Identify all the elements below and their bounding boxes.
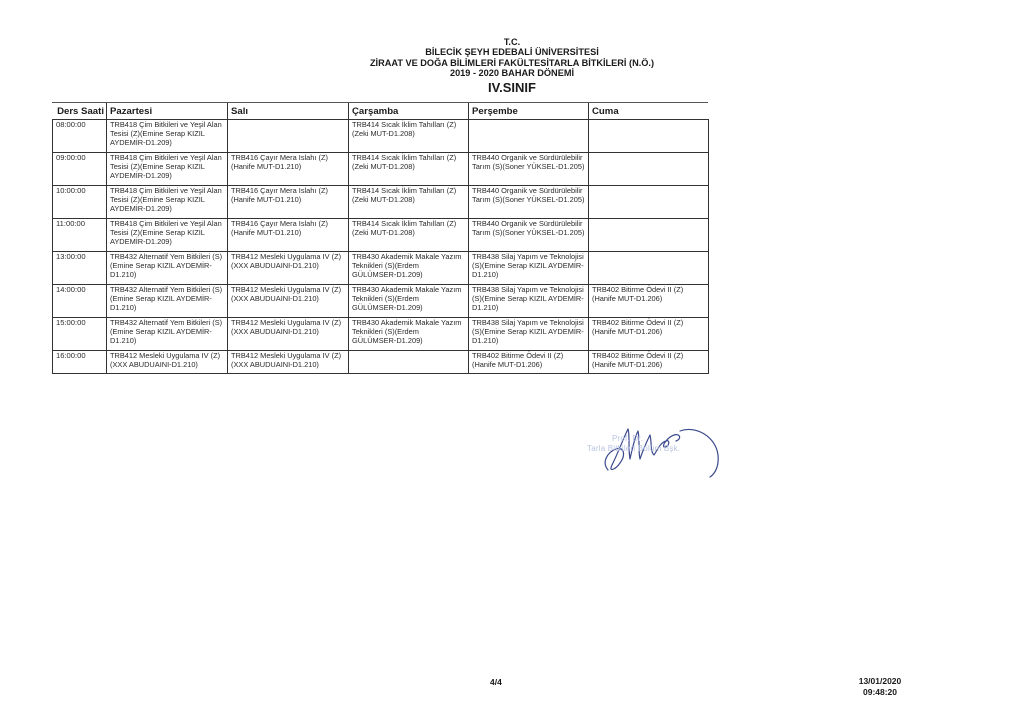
course-cell-monday: TRB418 Çim Bitkileri ve Yeşil Alan Tesis… xyxy=(107,219,228,252)
course-cell-monday: TRB412 Mesleki Uygulama IV (Z)(XXX ABUDU… xyxy=(107,351,228,374)
time-slot-cell: 14:00:00 xyxy=(53,285,107,318)
table-row: 11:00:00TRB418 Çim Bitkileri ve Yeşil Al… xyxy=(53,219,709,252)
course-cell-monday: TRB418 Çim Bitkileri ve Yeşil Alan Tesis… xyxy=(107,153,228,186)
time-slot-cell: 09:00:00 xyxy=(53,153,107,186)
course-cell-thursday: TRB440 Organik ve Sürdürülebilir Tarım (… xyxy=(469,219,589,252)
column-header-tuesday: Salı xyxy=(228,103,349,120)
course-cell-wednesday: TRB414 Sıcak İklim Tahılları (Z) (Zeki M… xyxy=(349,153,469,186)
course-cell-thursday: TRB402 Bitirme Ödevi II (Z) (Hanife MUT-… xyxy=(469,351,589,374)
time-slot-cell: 16:00:00 xyxy=(53,351,107,374)
time-slot-cell: 08:00:00 xyxy=(53,120,107,153)
course-cell-thursday: TRB440 Organik ve Sürdürülebilir Tarım (… xyxy=(469,153,589,186)
column-header-friday: Cuma xyxy=(589,103,709,120)
stamp-line-title: Prof. Dr. xyxy=(612,434,643,443)
schedule-table: Ders Saati Pazartesi Salı Çarşamba Perşe… xyxy=(52,103,709,374)
schedule-body: 08:00:00TRB418 Çim Bitkileri ve Yeşil Al… xyxy=(53,120,709,374)
print-timestamp: 13/01/2020 09:48:20 xyxy=(840,676,920,698)
course-cell-tuesday: TRB412 Mesleki Uygulama IV (Z)(XXX ABUDU… xyxy=(228,318,349,351)
table-row: 16:00:00TRB412 Mesleki Uygulama IV (Z)(X… xyxy=(53,351,709,374)
header-line-state: T.C. xyxy=(0,37,1024,47)
course-cell-wednesday: TRB430 Akademik Makale Yazım Teknikleri … xyxy=(349,252,469,285)
time-slot-cell: 10:00:00 xyxy=(53,186,107,219)
column-header-wednesday: Çarşamba xyxy=(349,103,469,120)
column-header-monday: Pazartesi xyxy=(107,103,228,120)
course-cell-thursday: TRB438 Silaj Yapım ve Teknolojisi (S)(Em… xyxy=(469,285,589,318)
stamp-line-department: Tarla Bitkileri Bölüm Bşk. xyxy=(587,444,680,453)
course-cell-tuesday: TRB412 Mesleki Uygulama IV (Z)(XXX ABUDU… xyxy=(228,351,349,374)
course-cell-tuesday: TRB412 Mesleki Uygulama IV (Z)(XXX ABUDU… xyxy=(228,252,349,285)
document-header: T.C. BİLECİK ŞEYH EDEBALİ ÜNİVERSİTESİ Z… xyxy=(0,37,1024,96)
course-cell-tuesday: TRB416 Çayır Mera Islahı (Z) (Hanife MUT… xyxy=(228,219,349,252)
print-time: 09:48:20 xyxy=(840,687,920,698)
course-cell-monday: TRB418 Çim Bitkileri ve Yeşil Alan Tesis… xyxy=(107,186,228,219)
column-header-time: Ders Saati xyxy=(53,103,107,120)
print-date: 13/01/2020 xyxy=(840,676,920,687)
course-cell-tuesday: TRB416 Çayır Mera Islahı (Z) (Hanife MUT… xyxy=(228,186,349,219)
header-line-faculty: ZİRAAT VE DOĞA BİLİMLERİ FAKÜLTESİTARLA … xyxy=(0,58,1024,68)
table-row: 08:00:00TRB418 Çim Bitkileri ve Yeşil Al… xyxy=(53,120,709,153)
course-cell-monday: TRB418 Çim Bitkileri ve Yeşil Alan Tesis… xyxy=(107,120,228,153)
course-cell-tuesday: TRB412 Mesleki Uygulama IV (Z)(XXX ABUDU… xyxy=(228,285,349,318)
course-cell-friday: TRB402 Bitirme Ödevi II (Z) (Hanife MUT-… xyxy=(589,285,709,318)
course-cell-monday: TRB432 Alternatif Yem Bitkileri (S)(Emin… xyxy=(107,285,228,318)
time-slot-cell: 15:00:00 xyxy=(53,318,107,351)
course-cell-thursday: TRB438 Silaj Yapım ve Teknolojisi (S)(Em… xyxy=(469,318,589,351)
header-line-term: 2019 - 2020 BAHAR DÖNEMİ xyxy=(0,68,1024,78)
course-cell-thursday: TRB440 Organik ve Sürdürülebilir Tarım (… xyxy=(469,186,589,219)
course-cell-friday: TRB402 Bitirme Ödevi II (Z) (Hanife MUT-… xyxy=(589,351,709,374)
table-row: 14:00:00TRB432 Alternatif Yem Bitkileri … xyxy=(53,285,709,318)
header-line-university: BİLECİK ŞEYH EDEBALİ ÜNİVERSİTESİ xyxy=(0,47,1024,57)
course-cell-friday: TRB402 Bitirme Ödevi II (Z) (Hanife MUT-… xyxy=(589,318,709,351)
course-cell-friday xyxy=(589,186,709,219)
page-number: 4/4 xyxy=(490,677,502,687)
course-cell-wednesday: TRB414 Sıcak İklim Tahılları (Z) (Zeki M… xyxy=(349,120,469,153)
course-cell-friday xyxy=(589,219,709,252)
column-header-thursday: Perşembe xyxy=(469,103,589,120)
course-cell-wednesday: TRB414 Sıcak İklim Tahılları (Z) (Zeki M… xyxy=(349,219,469,252)
course-cell-wednesday: TRB414 Sıcak İklim Tahılları (Z) (Zeki M… xyxy=(349,186,469,219)
table-row: 13:00:00TRB432 Alternatif Yem Bitkileri … xyxy=(53,252,709,285)
time-slot-cell: 11:00:00 xyxy=(53,219,107,252)
table-row: 15:00:00TRB432 Alternatif Yem Bitkileri … xyxy=(53,318,709,351)
course-cell-monday: TRB432 Alternatif Yem Bitkileri (S)(Emin… xyxy=(107,318,228,351)
time-slot-cell: 13:00:00 xyxy=(53,252,107,285)
course-cell-wednesday: TRB430 Akademik Makale Yazım Teknikleri … xyxy=(349,318,469,351)
class-title: IV.SINIF xyxy=(0,80,1024,96)
course-cell-thursday xyxy=(469,120,589,153)
table-row: 09:00:00TRB418 Çim Bitkileri ve Yeşil Al… xyxy=(53,153,709,186)
course-cell-tuesday xyxy=(228,120,349,153)
course-cell-friday xyxy=(589,252,709,285)
course-cell-wednesday xyxy=(349,351,469,374)
course-cell-friday xyxy=(589,120,709,153)
course-cell-friday xyxy=(589,153,709,186)
table-header-row: Ders Saati Pazartesi Salı Çarşamba Perşe… xyxy=(53,103,709,120)
course-cell-monday: TRB432 Alternatif Yem Bitkileri (S)(Emin… xyxy=(107,252,228,285)
table-row: 10:00:00TRB418 Çim Bitkileri ve Yeşil Al… xyxy=(53,186,709,219)
course-cell-thursday: TRB438 Silaj Yapım ve Teknolojisi (S)(Em… xyxy=(469,252,589,285)
course-cell-tuesday: TRB416 Çayır Mera Islahı (Z) (Hanife MUT… xyxy=(228,153,349,186)
course-cell-wednesday: TRB430 Akademik Makale Yazım Teknikleri … xyxy=(349,285,469,318)
